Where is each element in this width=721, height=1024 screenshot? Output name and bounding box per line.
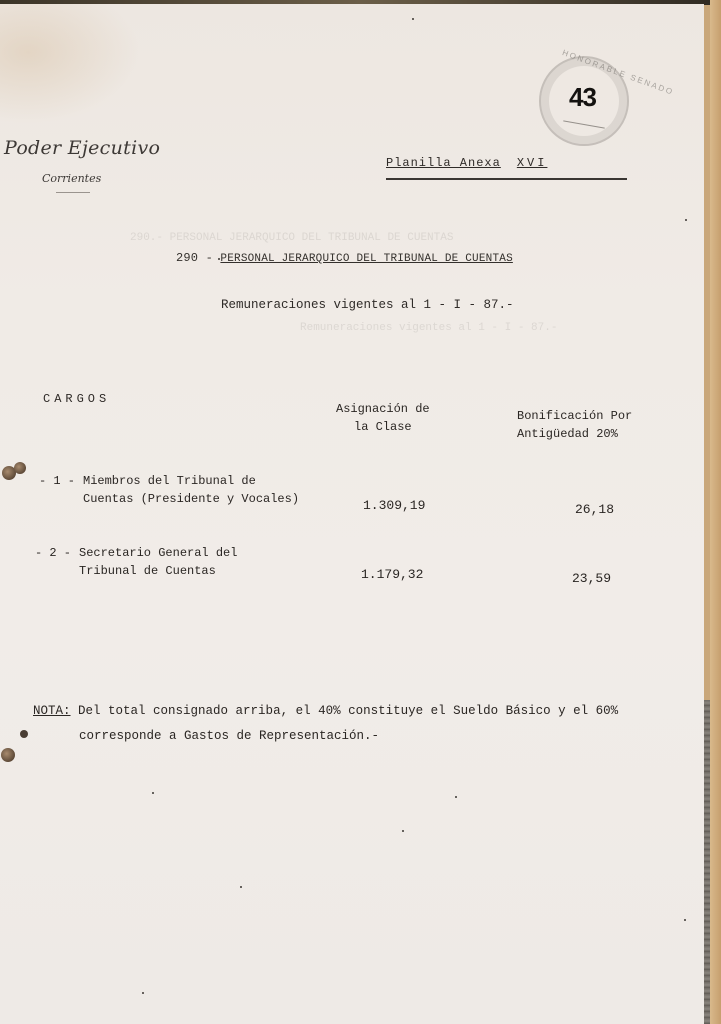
binding-edge: [704, 700, 710, 1024]
speck: [412, 18, 414, 20]
section-code: 290 -: [176, 251, 213, 265]
speck: [142, 992, 144, 994]
nota-line2: corresponde a Gastos de Representación.-: [33, 724, 618, 749]
speck: [402, 830, 404, 832]
nota-label: NOTA:: [33, 704, 71, 718]
asignacion-header-line2: la Clase: [336, 418, 430, 436]
bleed-through-text: Remuneraciones vigentes al 1 - I - 87.-: [300, 322, 557, 334]
speck: [152, 792, 154, 794]
planilla-underline: [386, 178, 627, 180]
table-row-cargo: - 1 -Miembros del Tribunal de Cuentas (P…: [39, 472, 299, 508]
bonificacion-header-line2: Antigüedad 20%: [517, 425, 632, 443]
asignacion-header-line1: Asignación de: [336, 400, 430, 418]
table-row-cargo: - 2 -Secretario General del Tribunal de …: [35, 544, 237, 580]
cargo-line1: Secretario General del: [79, 546, 237, 560]
planilla-number: XVI: [517, 156, 548, 170]
column-header-cargos: CARGOS: [43, 392, 110, 406]
punch-hole: [1, 748, 15, 762]
speck: [684, 919, 686, 921]
bonificacion-value: 23,59: [572, 571, 611, 586]
folio-number: 43: [569, 82, 596, 113]
section-title: 290 - PERSONAL JERARQUICO DEL TRIBUNAL D…: [176, 251, 513, 265]
bleed-through-text: 290.- PERSONAL JERARQUICO DEL TRIBUNAL D…: [130, 232, 453, 244]
section-subtitle: Remuneraciones vigentes al 1 - I - 87.-: [221, 298, 514, 312]
punch-hole: [14, 462, 26, 474]
nota-block: NOTA: Del total consignado arriba, el 40…: [33, 699, 618, 749]
cargo-line2: Tribunal de Cuentas: [35, 562, 237, 580]
column-header-asignacion: Asignación de la Clase: [336, 400, 430, 436]
speck: [685, 219, 687, 221]
asignacion-value: 1.309,19: [363, 498, 425, 513]
cargo-line1: Miembros del Tribunal de: [83, 474, 256, 488]
bonificacion-value: 26,18: [575, 502, 614, 517]
document-page: 290.- PERSONAL JERARQUICO DEL TRIBUNAL D…: [0, 4, 704, 1024]
scan-right-edge: [710, 0, 721, 1024]
cargo-line2: Cuentas (Presidente y Vocales): [39, 490, 299, 508]
planilla-header: Planilla AnexaXVI: [386, 156, 547, 170]
letterhead-rule: [56, 192, 90, 193]
staple-mark: [20, 730, 28, 738]
speck: [218, 258, 220, 260]
section-name: PERSONAL JERARQUICO DEL TRIBUNAL DE CUEN…: [220, 253, 512, 265]
column-header-bonificacion: Bonificación Por Antigüedad 20%: [517, 407, 632, 443]
bonificacion-header-line1: Bonificación Por: [517, 407, 632, 425]
nota-line1: Del total consignado arriba, el 40% cons…: [78, 704, 618, 718]
row-number: - 2 -: [35, 544, 79, 562]
speck: [455, 796, 457, 798]
planilla-label: Planilla Anexa: [386, 156, 501, 170]
letterhead-title: Poder Ejecutivo: [4, 137, 160, 159]
letterhead-subtitle: Corrientes: [42, 172, 101, 185]
speck: [240, 886, 242, 888]
seal-stamp: HONORABLE SENADO 43: [539, 56, 629, 146]
row-number: - 1 -: [39, 472, 83, 490]
stamp-signature-line: [563, 120, 605, 128]
asignacion-value: 1.179,32: [361, 567, 423, 582]
